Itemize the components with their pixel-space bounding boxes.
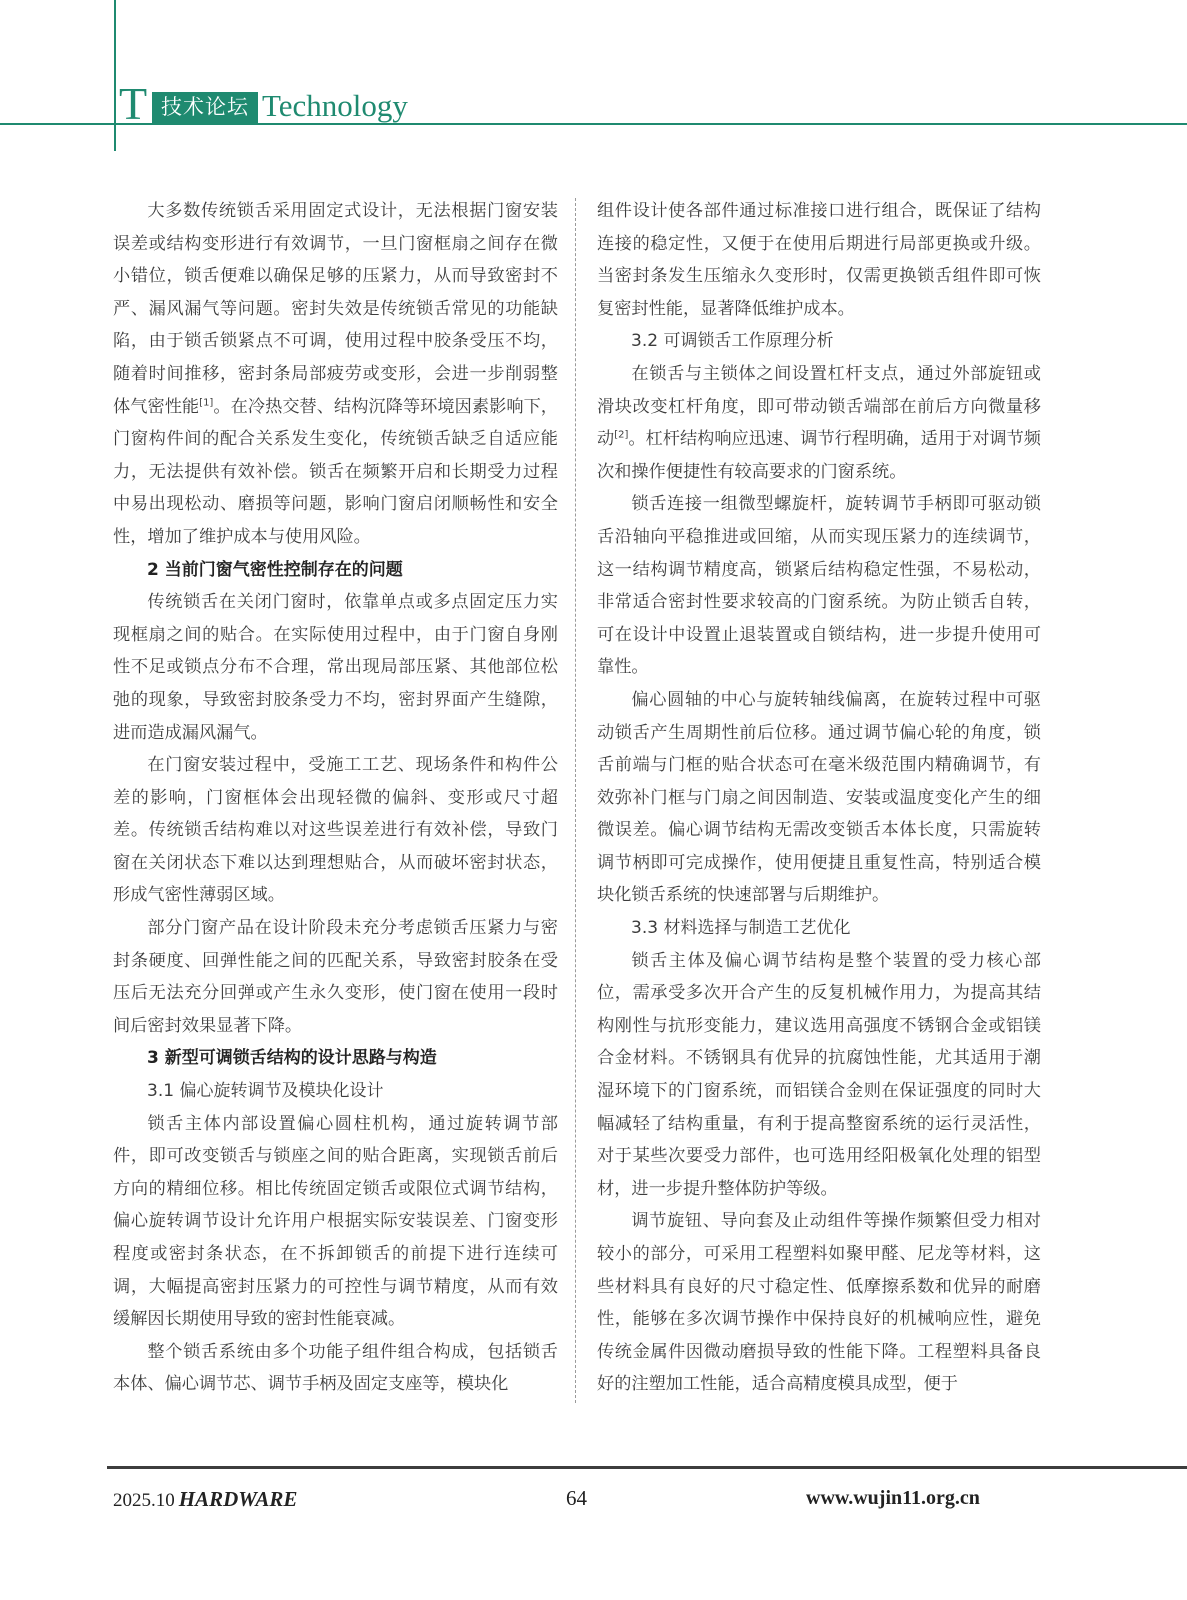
paragraph-text: 。杠杆结构响应迅速、调节行程明确，适用于对调节频次和操作便捷性有较高要求的门窗系… [597, 429, 1041, 482]
column-divider [575, 198, 576, 1403]
section-letter-logo: T [119, 83, 147, 125]
paragraph: 部分门窗产品在设计阶段未充分考虑锁舌压紧力与密封条硬度、回弹性能之间的匹配关系，… [113, 912, 558, 1042]
header-vertical-rule [114, 0, 116, 151]
footer-issue: 2025.10HARDWARE [113, 1487, 297, 1512]
paragraph: 在锁舌与主锁体之间设置杠杆支点，通过外部旋钮或滑块改变杠杆角度，即可带动锁舌端部… [597, 358, 1041, 488]
citation-ref: [2] [614, 429, 628, 440]
paragraph: 整个锁舌系统由多个功能子组件组合构成，包括锁舌本体、偏心调节芯、调节手柄及固定支… [113, 1336, 558, 1401]
subsection-heading-3-1: 3.1 偏心旋转调节及模块化设计 [113, 1075, 558, 1108]
paragraph: 大多数传统锁舌采用固定式设计，无法根据门窗安装误差或结构变形进行有效调节，一旦门… [113, 195, 558, 554]
paragraph-text: 大多数传统锁舌采用固定式设计，无法根据门窗安装误差或结构变形进行有效调节，一旦门… [113, 201, 558, 417]
paragraph: 锁舌主体及偏心调节结构是整个装置的受力核心部位，需承受多次开合产生的反复机械作用… [597, 945, 1041, 1206]
paragraph: 锁舌连接一组微型螺旋杆，旋转调节手柄即可驱动锁舌沿轴向平稳推进或回缩，从而实现压… [597, 488, 1041, 684]
right-column: 组件设计使各部件通过标准接口进行组合，既保证了结构连接的稳定性，又便于在使用后期… [597, 195, 1041, 1401]
section-title-en: Technology [262, 89, 408, 123]
paragraph: 调节旋钮、导向套及止动组件等操作频繁但受力相对较小的部分，可采用工程塑料如聚甲醛… [597, 1205, 1041, 1401]
page-number: 64 [566, 1486, 587, 1511]
paragraph: 偏心圆轴的中心与旋转轴线偏离，在旋转过程中可驱动锁舌产生周期性前后位移。通过调节… [597, 684, 1041, 912]
paragraph: 锁舌主体内部设置偏心圆柱机构，通过旋转调节部件，即可改变锁舌与锁座之间的贴合距离… [113, 1108, 558, 1336]
citation-ref: [1] [199, 397, 213, 408]
website-url: www.wujin11.org.cn [806, 1487, 980, 1510]
header-horizontal-rule [0, 123, 1187, 125]
magazine-name: HARDWARE [179, 1487, 298, 1511]
left-column: 大多数传统锁舌采用固定式设计，无法根据门窗安装误差或结构变形进行有效调节，一旦门… [113, 195, 558, 1401]
paragraph-continued: 组件设计使各部件通过标准接口进行组合，既保证了结构连接的稳定性，又便于在使用后期… [597, 195, 1041, 325]
paragraph: 在门窗安装过程中，受施工工艺、现场条件和构件公差的影响，门窗框体会出现轻微的偏斜… [113, 749, 558, 912]
issue-date: 2025.10 [113, 1490, 175, 1511]
paragraph: 传统锁舌在关闭门窗时，依靠单点或多点固定压力实现框扇之间的贴合。在实际使用过程中… [113, 586, 558, 749]
footer-rule [107, 1466, 1187, 1469]
subsection-heading-3-3: 3.3 材料选择与制造工艺优化 [597, 912, 1041, 945]
subsection-heading-3-2: 3.2 可调锁舌工作原理分析 [597, 325, 1041, 358]
section-title-cn: 技术论坛 [152, 92, 258, 123]
paragraph-text: 。在冷热交替、结构沉降等环境因素影响下，门窗构件间的配合关系发生变化，传统锁舌缺… [113, 397, 558, 547]
section-heading-2: 2 当前门窗气密性控制存在的问题 [113, 554, 558, 587]
section-heading-3: 3 新型可调锁舌结构的设计思路与构造 [113, 1042, 558, 1075]
